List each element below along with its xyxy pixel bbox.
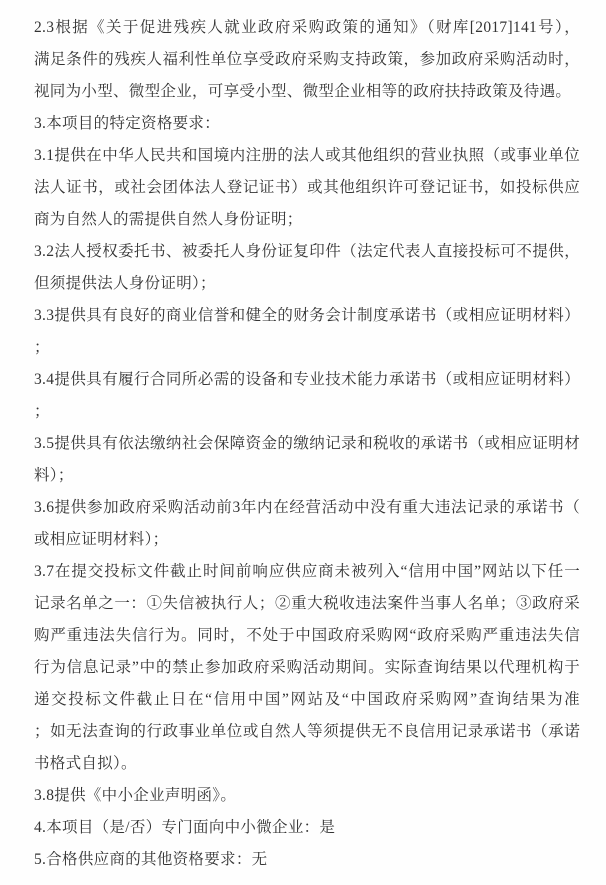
text-line: 3.2法人授权委托书、被委托人身份证复印件（法定代表人直接投标可不提供， (34, 236, 580, 268)
text-line: 书格式自拟）。 (34, 748, 580, 780)
text-line: 满足条件的残疾人福利性单位享受政府采购支持政策，参加政府采购活动时， (34, 44, 580, 76)
text-line: ； (34, 396, 580, 428)
text-line: ；如无法查询的行政事业单位或自然人等须提供无不良信用记录承诺书（承诺 (34, 716, 580, 748)
text-line: 法人证书，或社会团体法人登记证书）或其他组织许可登记证书，如投标供应 (34, 172, 580, 204)
text-line: 或相应证明材料）； (34, 524, 580, 556)
text-line: 3.1提供在中华人民共和国境内注册的法人或其他组织的营业执照（或事业单位 (34, 140, 580, 172)
text-line: ； (34, 332, 580, 364)
text-line: 3.6提供参加政府采购活动前3年内在经营活动中没有重大违法记录的承诺书（ (34, 492, 580, 524)
text-line: 3.3提供具有良好的商业信誉和健全的财务会计制度承诺书（或相应证明材料） (34, 300, 580, 332)
text-line: 料）； (34, 460, 580, 492)
text-line: 行为信息记录”中的禁止参加政府采购活动期间。实际查询结果以代理机构于 (34, 652, 580, 684)
text-line: 3.本项目的特定资格要求： (34, 108, 580, 140)
text-line: 5.合格供应商的其他资格要求：无 (34, 844, 580, 876)
text-line: 3.5提供具有依法缴纳社会保障资金的缴纳记录和税收的承诺书（或相应证明材 (34, 428, 580, 460)
text-line: 商为自然人的需提供自然人身份证明； (34, 204, 580, 236)
text-line: 记录名单之一：①失信被执行人；②重大税收违法案件当事人名单；③政府采 (34, 588, 580, 620)
text-line: 3.4提供具有履行合同所必需的设备和专业技术能力承诺书（或相应证明材料） (34, 364, 580, 396)
text-line: 视同为小型、微型企业，可享受小型、微型企业相等的政府扶持政策及待遇。 (34, 76, 580, 108)
document-page: 2.3根据《关于促进残疾人就业政府采购政策的通知》（财库[2017]141号），… (0, 0, 606, 885)
text-line: 3.8提供《中小企业声明函》。 (34, 780, 580, 812)
text-line: 递交投标文件截止日在“信用中国”网站及“中国政府采购网”查询结果为准 (34, 684, 580, 716)
text-line: 但须提供法人身份证明）； (34, 268, 580, 300)
text-line: 2.3根据《关于促进残疾人就业政府采购政策的通知》（财库[2017]141号）， (34, 12, 580, 44)
text-line: 4.本项目（是/否）专门面向中小微企业：是 (34, 812, 580, 844)
document-lines: 2.3根据《关于促进残疾人就业政府采购政策的通知》（财库[2017]141号），… (34, 12, 580, 876)
text-line: 3.7在提交投标文件截止时间前响应供应商未被列入“信用中国”网站以下任一 (34, 556, 580, 588)
text-line: 购严重违法失信行为。同时，不处于中国政府采购网“政府采购严重违法失信 (34, 620, 580, 652)
